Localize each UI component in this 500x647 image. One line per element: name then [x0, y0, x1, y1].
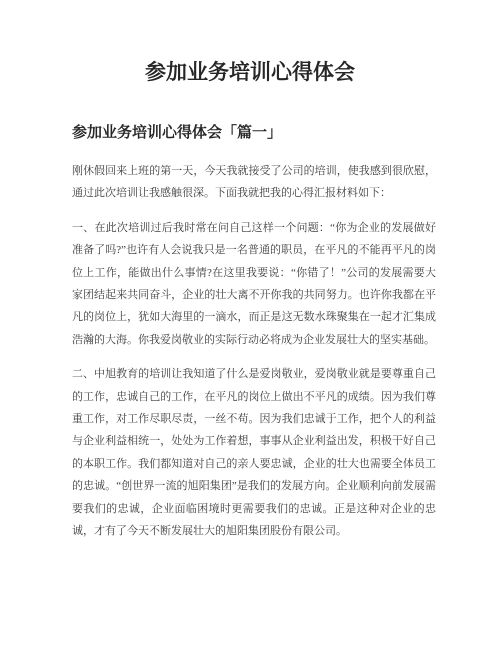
document-title: 参加业务培训心得体会 [0, 0, 500, 86]
paragraph-point-one: 一、在此次培训过后我时常在问自己这样一个问题：“你为企业的发展做好准备了吗?”也… [72, 217, 436, 351]
section-heading: 参加业务培训心得体会「篇一」 [72, 122, 436, 144]
paragraph-point-two: 二、中旭教育的培训让我知道了什么是爱岗敬业，爱岗敬业就是要尊重自己的工作，忠诚自… [72, 363, 436, 542]
paragraph-intro: 刚休假回来上班的第一天，今天我就接受了公司的培训，使我感到很欣慰，通过此次培训让… [72, 160, 436, 205]
document-body: 刚休假回来上班的第一天，今天我就接受了公司的培训，使我感到很欣慰，通过此次培训让… [72, 160, 436, 543]
document-page: 参加业务培训心得体会 参加业务培训心得体会「篇一」 刚休假回来上班的第一天，今天… [0, 0, 500, 647]
